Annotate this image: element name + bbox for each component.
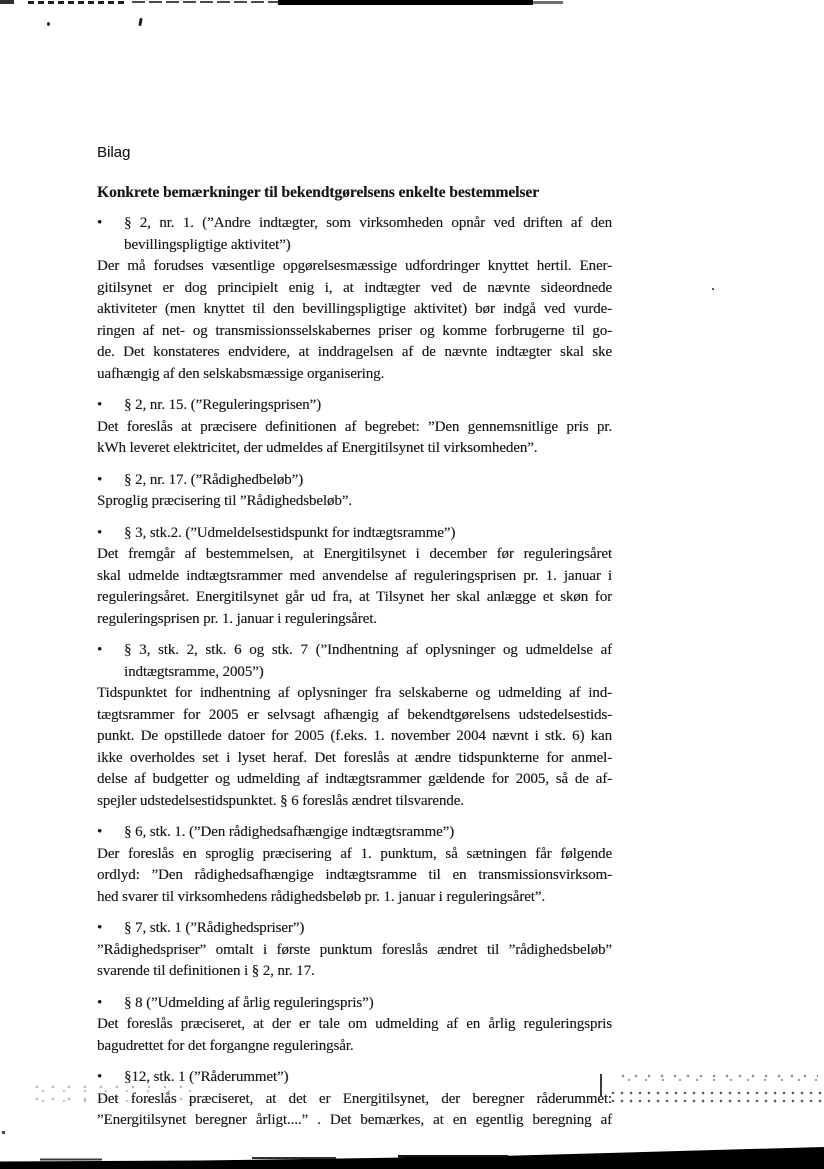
body-line: punkt. De opstillede datoer for 2005 (f.… [97, 726, 612, 748]
bullet-icon: • [97, 918, 124, 940]
bullet-icon: • [97, 395, 124, 417]
body-line: tægtsrammer for 2005 er selvsagt afhængi… [97, 705, 612, 727]
bullet-heading-text: § 2, nr. 17. (”Rådighedbeløb”) [124, 470, 612, 492]
bullet-icon: • [97, 640, 124, 662]
comment-section: •§ 2, nr. 17. (”Rådighedbeløb”)Sproglig … [97, 470, 612, 513]
comment-section: •§ 3, stk.2. (”Udmeldelsestidspunkt for … [97, 523, 612, 631]
body-line: Tidspunktet for indhentning af oplysning… [97, 683, 612, 705]
bullet-icon: • [97, 213, 124, 235]
body-line: reguleringsåret. Energitilsynet går ud f… [97, 587, 612, 609]
body-line: hed svarer til virksomhedens rådighedsbe… [97, 887, 612, 909]
bullet-heading: •§ 6, stk. 1. (”Den rådighedsafhængige i… [97, 822, 612, 844]
scanned-document-page: Bilag Konkrete bemærkninger til bekendtg… [0, 0, 824, 1169]
scan-artifact-top-band [533, 1, 563, 4]
scan-artifact-bottom-band [0, 1144, 824, 1169]
body-line: gitilsynet er dog principielt enig i, at… [97, 278, 612, 300]
bullet-heading: •§ 3, stk.2. (”Udmeldelsestidspunkt for … [97, 523, 612, 545]
comment-section: •§ 3, stk. 2, stk. 6 og stk. 7 (”Indhent… [97, 640, 612, 812]
bullet-heading: •§ 3, stk. 2, stk. 6 og stk. 7 (”Indhent… [97, 640, 612, 662]
bullet-icon: • [97, 822, 124, 844]
document-sections: •§ 2, nr. 1. (”Andre indtægter, som virk… [97, 213, 612, 1132]
bullet-icon: • [97, 993, 124, 1015]
bullet-heading: •§ 7, stk. 1 (”Rådighedspriser”) [97, 918, 612, 940]
bullet-heading: •§ 2, nr. 15. (”Reguleringsprisen”) [97, 395, 612, 417]
comment-section: •§ 2, nr. 15. (”Reguleringsprisen”)Det f… [97, 395, 612, 460]
body-line: ”Rådighedspriser” omtalt i første punktu… [97, 940, 612, 962]
comment-section: •§ 6, stk. 1. (”Den rådighedsafhængige i… [97, 822, 612, 908]
scan-speck [2, 1131, 5, 1134]
body-line: Det foreslås præciseret, at der er tale … [97, 1014, 612, 1036]
bullet-heading: •§ 8 (”Udmelding af årlig reguleringspri… [97, 993, 612, 1015]
scan-artifact-top-band [0, 0, 14, 4]
bullet-heading-text: § 2, nr. 15. (”Reguleringsprisen”) [124, 395, 612, 417]
bullet-heading-text: § 3, stk.2. (”Udmeldelsestidspunkt for i… [124, 523, 612, 545]
body-line: ”Energitilsynet beregner årligt....” . D… [97, 1110, 612, 1132]
comment-section: •§ 7, stk. 1 (”Rådighedspriser”)”Rådighe… [97, 918, 612, 983]
scan-artifact-top-band [28, 1, 128, 4]
bullet-heading-continuation: indtægtsramme, 2005”) [97, 662, 612, 684]
scan-artifact-top-band [278, 0, 533, 5]
body-line: de. Det konstateres endvidere, at inddra… [97, 342, 612, 364]
body-line: Det fremgår af bestemmelsen, at Energiti… [97, 544, 612, 566]
bullet-heading-text: § 2, nr. 1. (”Andre indtægter, som virks… [124, 213, 612, 235]
bullet-heading-text: bevillingspligtige aktivitet”) [124, 235, 612, 257]
body-line: ordlyd: ”Den rådighedsafhængige indtægts… [97, 865, 612, 887]
body-line: Der foreslås en sproglig præcisering af … [97, 844, 612, 866]
bullet-heading-text: § 7, stk. 1 (”Rådighedspriser”) [124, 918, 612, 940]
scan-noise-right [610, 1089, 824, 1104]
body-line: ringen af net- og transmissionsselskaber… [97, 321, 612, 343]
scan-speck [712, 288, 714, 290]
bullet-icon: • [97, 470, 124, 492]
scan-noise-right [620, 1072, 818, 1083]
bullet-heading: •§ 2, nr. 17. (”Rådighedbeløb”) [97, 470, 612, 492]
document-content: Bilag Konkrete bemærkninger til bekendtg… [97, 142, 612, 1132]
bullet-heading-text: §12, stk. 1 (”Råderummet”) [124, 1067, 612, 1089]
bullet-heading-text: indtægtsramme, 2005”) [124, 662, 612, 684]
body-line: delse af budgetter og udmelding af indtæ… [97, 769, 612, 791]
body-line: spejler udstedelsestidspunktet. § 6 fore… [97, 791, 612, 813]
scan-speck [138, 18, 142, 26]
body-line: bagudrettet for det forgangne regulering… [97, 1036, 612, 1058]
body-line: svarende til definitionen i § 2, nr. 17. [97, 961, 612, 983]
scan-speck [47, 22, 50, 26]
scan-noise-left [34, 1083, 194, 1103]
page-label: Bilag [97, 142, 612, 164]
body-line: ikke overholdes set i lyset heraf. Det f… [97, 748, 612, 770]
comment-section: •§ 8 (”Udmelding af årlig reguleringspri… [97, 993, 612, 1058]
bullet-heading-continuation: bevillingspligtige aktivitet”) [97, 235, 612, 257]
body-line: skal udmelde indtægtsrammer med anvendel… [97, 566, 612, 588]
body-line: Sproglig præcisering til ”Rådighedsbeløb… [97, 491, 612, 513]
body-line: aktiviteter (men knyttet til den bevilli… [97, 299, 612, 321]
body-line: kWh leveret elektricitet, der udmeldes a… [97, 438, 612, 460]
body-line: Der må forudses væsentlige opgørelsesmæs… [97, 256, 612, 278]
bullet-heading-text: § 8 (”Udmelding af årlig reguleringspris… [124, 993, 612, 1015]
comment-section: •§ 2, nr. 1. (”Andre indtægter, som virk… [97, 213, 612, 385]
scan-artifact-top-band [132, 1, 278, 3]
body-line: Det foreslås at præcisere definitionen a… [97, 417, 612, 439]
bullet-heading: •§ 2, nr. 1. (”Andre indtægter, som virk… [97, 213, 612, 235]
bullet-icon: • [97, 523, 124, 545]
body-line: uafhængig af den selskabsmæssige organis… [97, 364, 612, 386]
body-line: reguleringsprisen pr. 1. januar i regule… [97, 609, 612, 631]
document-heading: Konkrete bemærkninger til bekendtgørelse… [97, 182, 612, 204]
bullet-heading-text: § 6, stk. 1. (”Den rådighedsafhængige in… [124, 822, 612, 844]
bullet-heading-text: § 3, stk. 2, stk. 6 og stk. 7 (”Indhentn… [124, 640, 612, 662]
